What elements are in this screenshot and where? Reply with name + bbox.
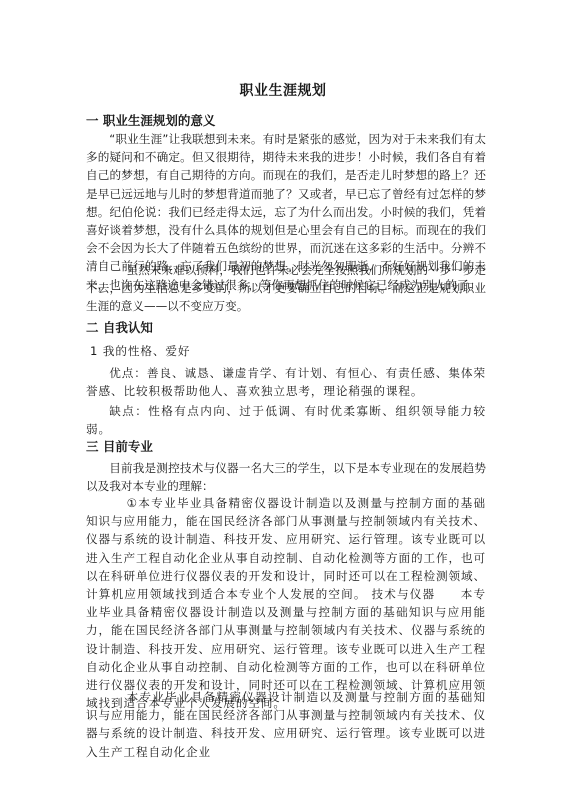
paragraph-major-2: 本专业毕业具备精密仪器设计制造以及测量与控制方面的基础知识与应用能力，能在国民经… — [86, 688, 486, 761]
paragraph-meaning-2: 虽然未来难以预料，我们也许未必会完全按照我们所规划的一步一步走下去，因为生活总是… — [86, 261, 486, 316]
paragraph-major-intro: 目前我是测控技术与仪器一名大三的学生，以下是本专业现在的发展趋势以及我对本专业的… — [86, 459, 486, 495]
document-page: 职业生涯规划 一 职业生涯规划的意义 “职业生涯”让我联想到未来。有时是紧张的感… — [0, 0, 566, 800]
section-heading-meaning: 一 职业生涯规划的意义 — [86, 111, 215, 129]
paragraph-strengths: 优点：善良、诚恳、谦虚肯学、有计划、有恒心、有责任感、集体荣誉感、比较积极帮助他… — [86, 364, 486, 400]
section-heading-self-awareness: 二 自我认知 — [86, 318, 153, 336]
paragraph-major-1: ①本专业毕业具备精密仪器设计制造以及测量与控制方面的基础知识与应用能力，能在国民… — [86, 494, 486, 712]
paragraph-weaknesses: 缺点：性格有点内向、过于低调、有时优柔寡断、组织领导能力较弱。 — [86, 402, 486, 438]
section-heading-major: 三 目前专业 — [86, 437, 153, 455]
subheading-personality: 1 我的性格、爱好 — [90, 342, 490, 360]
page-title: 职业生涯规划 — [0, 80, 566, 100]
